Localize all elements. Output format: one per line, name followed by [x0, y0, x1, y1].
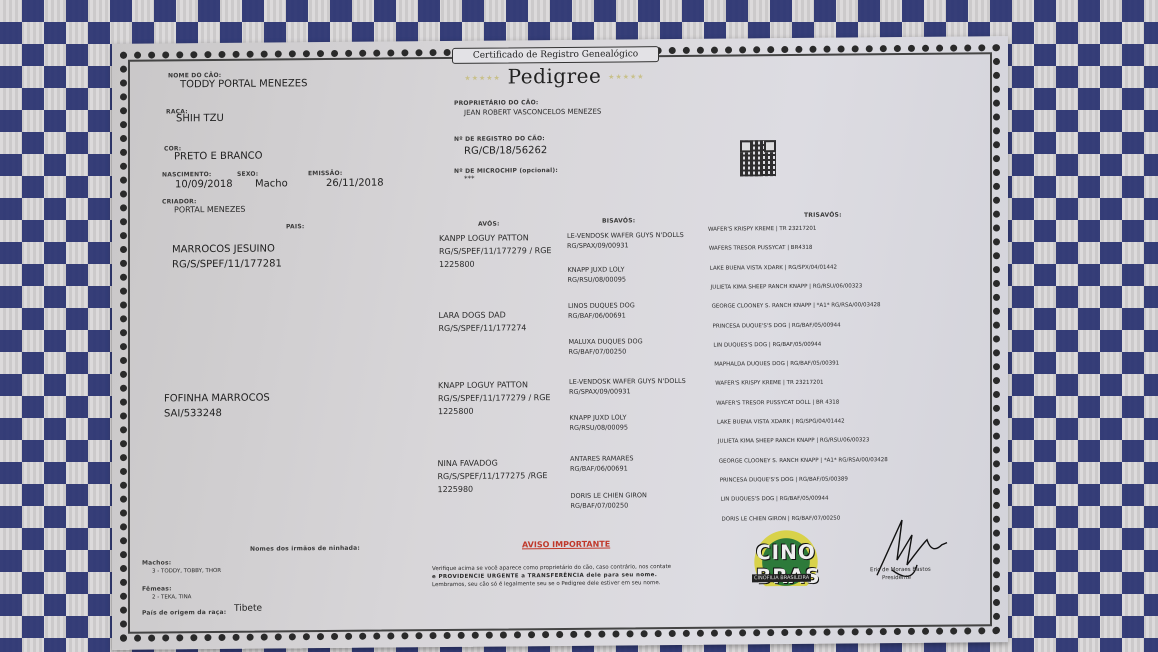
microchip: ***	[464, 175, 475, 183]
registry-label: Nº DE REGISTRO DO CÃO:	[454, 135, 545, 143]
males-label: Machos:	[142, 559, 171, 566]
great-great-grandparent: LIN DUQUES'S DOG | RG/BAF/05/00944	[713, 342, 821, 349]
sex: Macho	[255, 178, 288, 189]
stars-left-icon: ★★★★★	[464, 74, 500, 82]
origin: Tibete	[234, 604, 262, 614]
grandparent-name: KANPP LOGUY PATTON	[439, 233, 529, 243]
pedigree-certificate: Certificado de Registro Genealógico ★★★★…	[112, 36, 1008, 650]
great-grandparent-name: LE-VENDOSK WAFER GUYS N'DOLLS	[569, 377, 686, 386]
great-great-grandparent: LAKE BUENA VISTA XDARK | RG/SPX/04/01442	[710, 264, 837, 271]
great-grandparent-name: KNAPP JUXD LOLY	[570, 413, 627, 421]
females-label: Fêmeas:	[142, 585, 172, 592]
dam-reg: SAI/533248	[164, 408, 222, 420]
owner-label: PROPRIETÁRIO DO CÃO:	[454, 99, 539, 107]
logo-subtitle: CINOFILIA BRASILEIRA	[752, 574, 811, 583]
great-great-grandparent: WAFERS TRESOR PUSSYCAT | BR4318	[709, 245, 813, 252]
great-grandparent-reg: RG/SPAX/09/00931	[569, 387, 631, 396]
grandparent-name: NINA FAVADOG	[438, 459, 498, 469]
issue-date: 26/11/2018	[326, 178, 384, 190]
great-great-grandparent: PRINCESA DUQUE'S'S DOG | RG/BAF/05/00944	[713, 322, 841, 329]
parents-label: PAIS:	[286, 223, 304, 230]
dog-name: TODDY PORTAL MENEZES	[180, 78, 307, 90]
grandparent-reg: RG/S/SPEF/11/177275 /RGE	[438, 471, 548, 481]
breeder: PORTAL MENEZES	[174, 205, 245, 215]
qr-code-icon	[740, 140, 776, 176]
great-grandparent-reg: RG/BAF/07/00250	[569, 347, 627, 356]
registry-number: RG/CB/18/56262	[464, 145, 547, 157]
great-grandparent-reg: RG/RSU/08/00095	[568, 275, 626, 284]
great-great-grandparent: MAPHALDA DUQUES DOG | RG/BAF/05/00391	[714, 361, 839, 368]
females: 2 - TEKA, TINA	[152, 594, 191, 600]
pedigree-title: Pedigree	[508, 64, 602, 89]
signatory-name: Eric de Moraes Bastos	[870, 567, 931, 574]
grandparent-name: LARA DOGS DAD	[439, 310, 506, 320]
great-grandparent-name: MALUXA DUQUES DOG	[569, 337, 643, 346]
great-grandparent-reg: RG/BAF/06/00691	[568, 311, 626, 320]
signatory-role: Presidente	[882, 575, 911, 581]
great-grandparent-reg: RG/BAF/07/00250	[571, 501, 629, 510]
microchip-label: Nº DE MICROCHIP (opcional):	[454, 167, 558, 175]
color: PRETO E BRANCO	[174, 151, 263, 163]
great-great-grandparent: WAFER'S KRISPY KREME | TR 23217201	[715, 380, 823, 387]
owner-name: JEAN ROBERT VASCONCELOS MENEZES	[464, 108, 601, 117]
certificate-header: Certificado de Registro Genealógico	[452, 46, 659, 64]
grandparent-reg2: 1225980	[438, 485, 474, 494]
great-grandparent-name: LINOS DUQUES DOG	[568, 301, 635, 310]
great-great-grandparent: LIN DUQUES'S DOG | RG/BAF/05/00944	[721, 496, 829, 503]
page-title: ★★★★★ Pedigree ★★★★★	[452, 63, 657, 89]
great-grandparent-reg: RG/BAF/06/00691	[570, 464, 628, 473]
great-great-grandparent: DORIS LE CHIEN GIRON | RG/BAF/07/00250	[722, 515, 841, 522]
grandparent-name: KNAPP LOGUY PATTON	[438, 380, 528, 390]
great-great-grandparent: LAKE BUENA VISTA XDARK | RG/SPG/04/01442	[717, 419, 845, 426]
great-grandparent-name: ANTARES RAMARES	[570, 454, 634, 463]
great-grandparents-label: BISAVÓS:	[602, 217, 635, 224]
sire-name: MARROCOS JESUINO	[172, 243, 275, 255]
breed: SHIH TZU	[176, 113, 224, 124]
birth-date: 10/09/2018	[175, 179, 233, 191]
origin-label: País de origem da raça:	[142, 609, 226, 617]
grandparent-reg: RG/S/SPEF/11/177279 / RGE	[439, 246, 552, 256]
grandparent-reg: RG/S/SPEF/11/177274	[439, 323, 527, 333]
issue-label: EMISSÃO:	[308, 170, 342, 177]
great-great-grandparent: WAFER'S TRESOR PUSSYCAT DOLL | BR 4318	[716, 399, 839, 406]
sex-label: SEXO:	[237, 171, 258, 178]
great-great-grandparents-label: TRISAVÓS:	[804, 212, 842, 219]
great-grandparent-name: LE-VENDOSK WAFER GUYS N'DOLLS	[567, 231, 684, 240]
grandparent-reg2: 1225800	[438, 407, 474, 416]
grandparents-label: AVÓS:	[478, 221, 500, 228]
litter-label: Nomes dos irmãos de ninhada:	[250, 545, 360, 553]
great-great-grandparent: PRINCESA DUQUE'S'S DOG | RG/BAF/05/00389	[720, 476, 848, 483]
great-grandparent-reg: RG/RSU/08/00095	[570, 423, 628, 432]
great-grandparent-name: DORIS LE CHIEN GIRON	[571, 491, 647, 500]
great-grandparent-reg: RG/SPAX/09/00931	[567, 241, 629, 250]
great-great-grandparent: WAFER'S KRISPY KREME | TR 23217201	[708, 226, 816, 233]
great-grandparent-name: KNAPP JUXD LOLY	[568, 265, 625, 273]
grandparent-reg2: 1225800	[439, 260, 475, 269]
birth-label: NASCIMENTO:	[162, 171, 212, 178]
males: 3 - TODDY, TOBBY, THOR	[152, 568, 221, 575]
notice-title: AVISO IMPORTANTE	[522, 540, 610, 550]
grandparent-reg: RG/S/SPEF/11/177279 / RGE	[438, 393, 551, 403]
dam-name: FOFINHA MARROCOS	[164, 393, 270, 405]
sire-reg: RG/S/SPEF/11/177281	[172, 258, 282, 270]
stars-right-icon: ★★★★★	[608, 73, 644, 81]
